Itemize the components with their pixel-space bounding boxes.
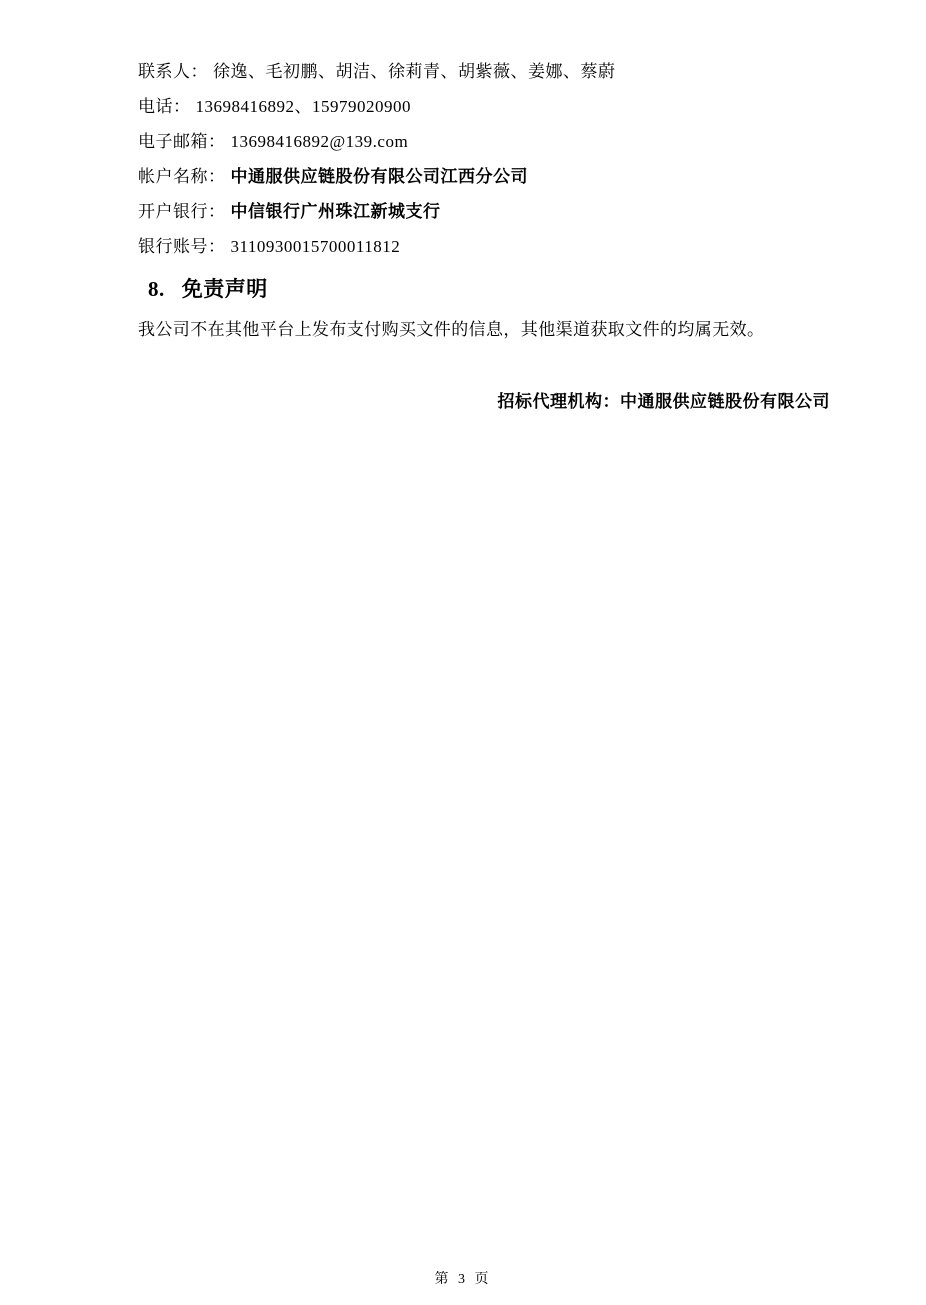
phone-value: 13698416892、15979020900 bbox=[196, 97, 412, 116]
bank-account-value: 3110930015700011812 bbox=[231, 237, 401, 256]
disclaimer-paragraph: 我公司不在其他平台上发布支付购买文件的信息，其他渠道获取文件的均属无效。 bbox=[138, 320, 830, 340]
account-name-value: 中通服供应链股份有限公司江西分公司 bbox=[231, 167, 529, 186]
bank-account-label: 银行账号： bbox=[138, 237, 226, 256]
contact-person-value: 徐逸、毛初鹏、胡洁、徐莉青、胡紫薇、姜娜、蔡蔚 bbox=[213, 62, 616, 81]
contact-person-line: 联系人：徐逸、毛初鹏、胡洁、徐莉青、胡紫薇、姜娜、蔡蔚 bbox=[138, 63, 830, 81]
page-footer: 第 3 页 bbox=[0, 1271, 926, 1288]
phone-label: 电话： bbox=[138, 97, 191, 116]
bank-account-line: 银行账号：3110930015700011812 bbox=[138, 238, 830, 256]
section-title: 免责声明 bbox=[182, 277, 268, 301]
email-label: 电子邮箱： bbox=[138, 132, 226, 151]
contact-person-label: 联系人： bbox=[138, 62, 208, 81]
account-name-line: 帐户名称：中通服供应链股份有限公司江西分公司 bbox=[138, 168, 830, 186]
section-number: 8. bbox=[148, 277, 165, 301]
agency-signature-value: 中通服供应链股份有限公司 bbox=[620, 392, 830, 411]
phone-line: 电话：13698416892、15979020900 bbox=[138, 98, 830, 116]
bank-name-label: 开户银行： bbox=[138, 202, 226, 221]
document-page: 联系人：徐逸、毛初鹏、胡洁、徐莉青、胡紫薇、姜娜、蔡蔚 电话：136984168… bbox=[0, 0, 926, 1305]
section-heading: 8.免责声明 bbox=[148, 277, 830, 301]
agency-signature-line: 招标代理机构：中通服供应链股份有限公司 bbox=[138, 391, 830, 413]
account-name-label: 帐户名称： bbox=[138, 167, 226, 186]
page-number: 第 3 页 bbox=[435, 1272, 492, 1287]
agency-signature-label: 招标代理机构： bbox=[498, 392, 621, 411]
email-value: 13698416892@139.com bbox=[231, 132, 409, 151]
bank-name-value: 中信银行广州珠江新城支行 bbox=[231, 202, 441, 221]
email-line: 电子邮箱：13698416892@139.com bbox=[138, 133, 830, 151]
document-content: 联系人：徐逸、毛初鹏、胡洁、徐莉青、胡紫薇、姜娜、蔡蔚 电话：136984168… bbox=[138, 63, 830, 413]
bank-name-line: 开户银行：中信银行广州珠江新城支行 bbox=[138, 203, 830, 221]
